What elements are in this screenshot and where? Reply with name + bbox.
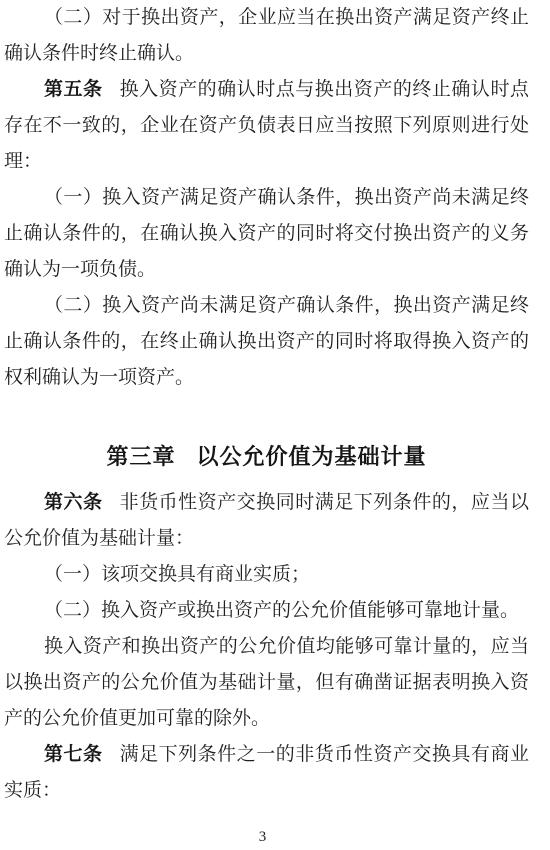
paragraph-text: （二）换入资产或换出资产的公允价值能够可靠地计量。: [44, 600, 519, 621]
chapter-heading: 第三章以公允价值为基础计量: [4, 439, 529, 475]
paragraph: 第六条非货币性资产交换同时满足下列条件的，应当以公允价值为基础计量：: [4, 485, 529, 557]
paragraph: （二）对于换出资产，企业应当在换出资产满足资产终止确认条件时终止确认。: [4, 0, 529, 72]
page-number: 3: [0, 827, 525, 847]
paragraph: （一）换入资产满足资产确认条件，换出资产尚未满足终止确认条件的，在确认换入资产的…: [4, 180, 529, 288]
paragraph: 第七条满足下列条件之一的非货币性资产交换具有商业实质：: [4, 737, 529, 809]
article-number-label: 第六条: [44, 492, 103, 513]
paragraph: （二）换入资产或换出资产的公允价值能够可靠地计量。: [4, 593, 529, 629]
article-number-label: 第五条: [44, 79, 103, 100]
chapter-number-label: 第三章: [106, 444, 175, 469]
paragraph: （一）该项交换具有商业实质；: [4, 557, 529, 593]
article-number-label: 第七条: [44, 744, 103, 765]
chapter-title: 以公允价值为基础计量: [197, 444, 427, 469]
paragraph-text: （一）换入资产满足资产确认条件，换出资产尚未满足终止确认条件的，在确认换入资产的…: [4, 187, 529, 280]
paragraph-text: （一）该项交换具有商业实质；: [44, 564, 310, 585]
paragraph-text: （二）对于换出资产，企业应当在换出资产满足资产终止确认条件时终止确认。: [4, 7, 529, 64]
document-content: （二）对于换出资产，企业应当在换出资产满足资产终止确认条件时终止确认。 第五条换…: [4, 0, 529, 809]
paragraph: 换入资产和换出资产的公允价值均能够可靠计量的，应当以换出资产的公允价值为基础计量…: [4, 629, 529, 737]
paragraph-text: （二）换入资产尚未满足资产确认条件，换出资产满足终止确认条件的，在终止确认换出资…: [4, 295, 529, 388]
paragraph: （二）换入资产尚未满足资产确认条件，换出资产满足终止确认条件的，在终止确认换出资…: [4, 288, 529, 396]
paragraph-text: 换入资产和换出资产的公允价值均能够可靠计量的，应当以换出资产的公允价值为基础计量…: [4, 636, 529, 729]
paragraph: 第五条换入资产的确认时点与换出资产的终止确认时点存在不一致的，企业在资产负债表日…: [4, 72, 529, 180]
document-page: （二）对于换出资产，企业应当在换出资产满足资产终止确认条件时终止确认。 第五条换…: [0, 0, 550, 850]
